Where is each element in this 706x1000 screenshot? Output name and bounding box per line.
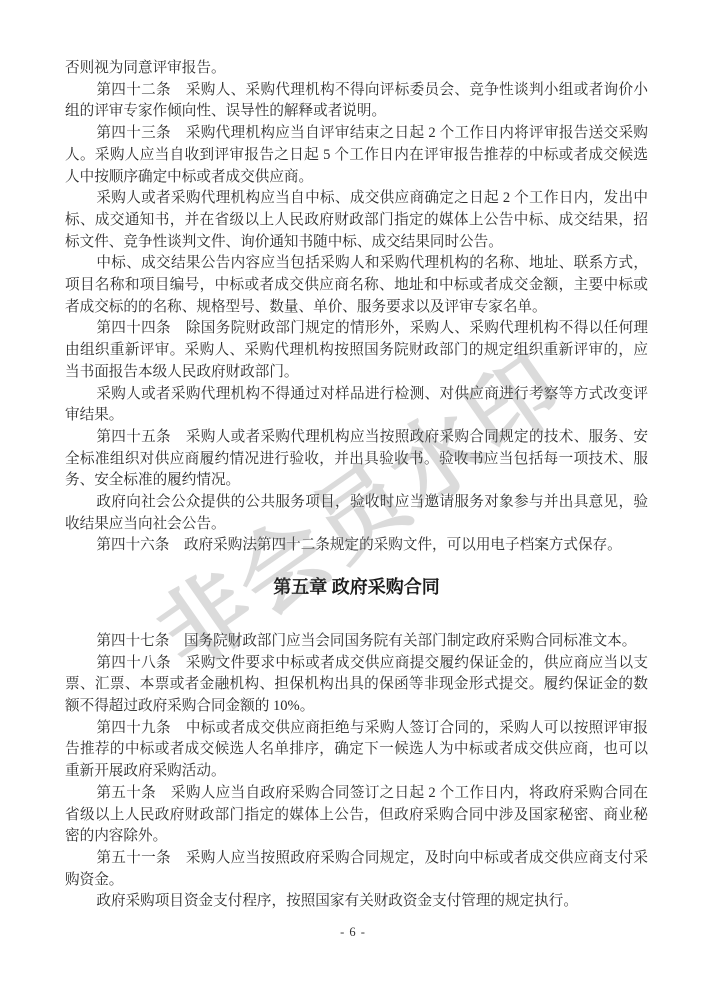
document-page: 非会员水印 否则视为同意评审报告。第四十二条 采购人、采购代理机构不得向评标委员… (0, 0, 706, 1000)
paragraph: 第四十九条 中标或者成交供应商拒绝与采购人签订合同的，采购人可以按照评审报告推荐… (65, 718, 648, 783)
paragraph: 第四十七条 国务院财政部门应当会同国务院有关部门制定政府采购合同标准文本。 (65, 631, 648, 653)
section-after-heading: 第四十七条 国务院财政部门应当会同国务院有关部门制定政府采购合同标准文本。第四十… (65, 631, 648, 913)
chapter-heading: 第五章 政府采购合同 (65, 577, 648, 599)
paragraph: 第四十八条 采购文件要求中标或者成交供应商提交履约保证金的，供应商应当以支票、汇… (65, 653, 648, 718)
paragraph: 采购人或者采购代理机构不得通过对样品进行检测、对供应商进行考察等方式改变评审结果… (65, 384, 648, 427)
paragraph: 政府向社会公众提供的公共服务项目，验收时应当邀请服务对象参与并出具意见，验收结果… (65, 492, 648, 535)
paragraph: 否则视为同意评审报告。 (65, 58, 648, 80)
paragraph: 第四十二条 采购人、采购代理机构不得向评标委员会、竞争性谈判小组或者询价小组的评… (65, 80, 648, 123)
document-body: 否则视为同意评审报告。第四十二条 采购人、采购代理机构不得向评标委员会、竞争性谈… (65, 58, 648, 913)
paragraph: 第五十一条 采购人应当按照政府采购合同规定，及时向中标或者成交供应商支付采购资金… (65, 848, 648, 891)
paragraph: 第四十五条 采购人或者采购代理机构应当按照政府采购合同规定的技术、服务、安全标准… (65, 427, 648, 492)
paragraph: 中标、成交结果公告内容应当包括采购人和采购代理机构的名称、地址、联系方式，项目名… (65, 253, 648, 318)
paragraph: 第四十四条 除国务院财政部门规定的情形外，采购人、采购代理机构不得以任何理由组织… (65, 318, 648, 383)
paragraph: 第五十条 采购人应当自政府采购合同签订之日起 2 个工作日内，将政府采购合同在省… (65, 783, 648, 848)
paragraph: 第四十六条 政府采购法第四十二条规定的采购文件，可以用电子档案方式保存。 (65, 535, 648, 557)
section-before-heading: 否则视为同意评审报告。第四十二条 采购人、采购代理机构不得向评标委员会、竞争性谈… (65, 58, 648, 557)
paragraph: 第四十三条 采购代理机构应当自评审结束之日起 2 个工作日内将评审报告送交采购人… (65, 123, 648, 188)
paragraph: 采购人或者采购代理机构应当自中标、成交供应商确定之日起 2 个工作日内，发出中标… (65, 188, 648, 253)
page-number: - 6 - (0, 925, 706, 940)
paragraph: 政府采购项目资金支付程序，按照国家有关财政资金支付管理的规定执行。 (65, 891, 648, 913)
